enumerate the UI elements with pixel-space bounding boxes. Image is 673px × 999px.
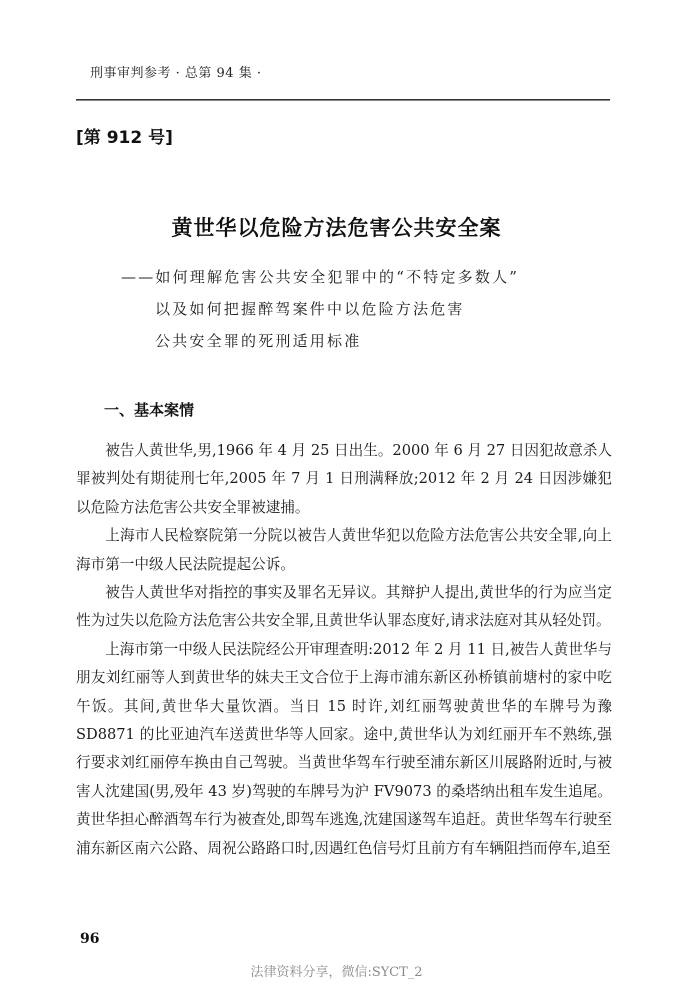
subtitle-line: 公共安全罪的死刑适用标准 <box>155 330 361 351</box>
paragraph: 被告人黄世华对指控的事实及罪名无异议。其辩护人提出,黄世华的行为应当定性为过失以… <box>76 579 612 636</box>
header-rule <box>76 99 610 101</box>
paragraph: 上海市人民检察院第一分院以被告人黄世华犯以危险方法危害公共安全罪,向上海市第一中… <box>76 522 612 579</box>
section-heading: 一、基本案情 <box>104 399 194 420</box>
page-number: 96 <box>80 931 99 947</box>
paragraph: 上海市第一中级人民法院经公开审理查明:2012 年 2 月 11 日,被告人黄世… <box>76 636 612 863</box>
case-title: 黄世华以危险方法危害公共安全案 <box>0 212 673 242</box>
running-header: 刑事审判参考 · 总第 94 集 · <box>90 62 261 81</box>
subtitle-line: 以及如何把握醉驾案件中以危险方法危害 <box>155 298 465 319</box>
paragraph: 被告人黄世华,男,1966 年 4 月 25 日出生。2000 年 6 月 27… <box>76 437 612 522</box>
subtitle-line: ——如何理解危害公共安全犯罪中的“不特定多数人” <box>121 266 519 287</box>
watermark: 法律资料分享，微信:SYCT_2 <box>0 961 673 980</box>
case-number: [第 912 号] <box>76 123 173 148</box>
body-text: 被告人黄世华,男,1966 年 4 月 25 日出生。2000 年 6 月 27… <box>76 437 612 863</box>
